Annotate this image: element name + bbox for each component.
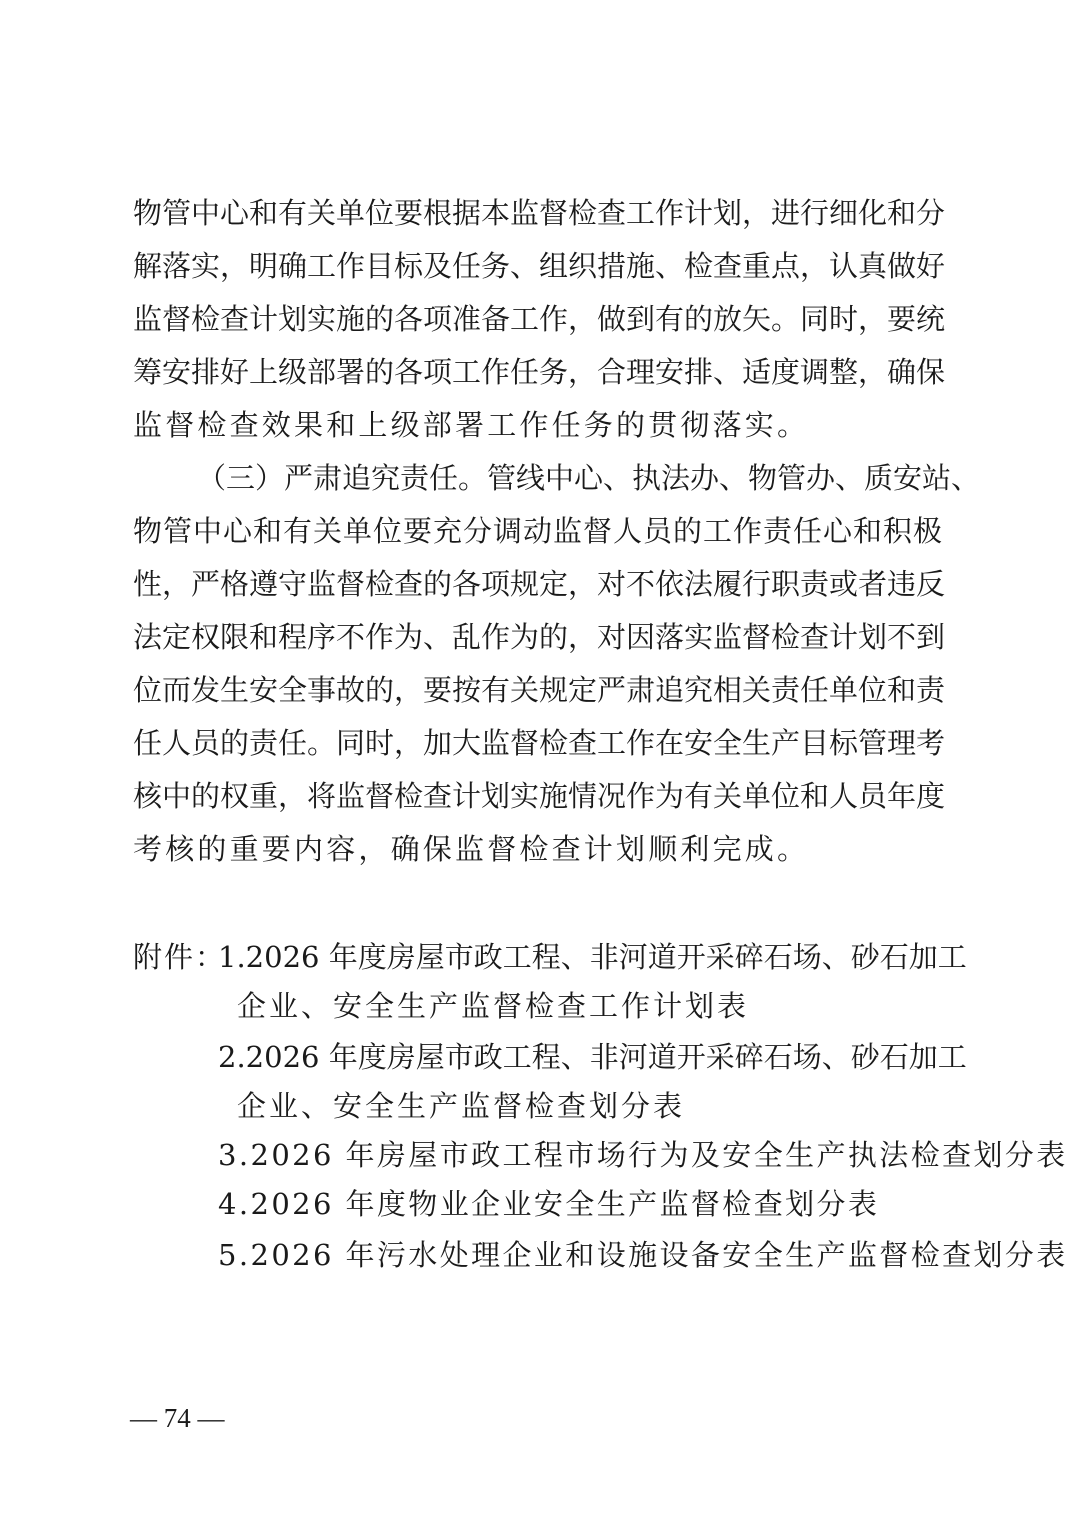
text-line: 筹安排好上级部署的各项工作任务，合理安排、适度调整，确保: [133, 352, 942, 392]
text-line: 考核的重要内容，确保监督检查计划顺利完成。: [133, 829, 942, 869]
attachment-item-2-line1: 2.2026 年度房屋市政工程、非河道开采碎石场、砂石加工: [218, 1037, 942, 1077]
attachment-item-3: 3.2026 年房屋市政工程市场行为及安全生产执法检查划分表: [218, 1135, 1068, 1175]
attachment-item-2-line2: 企业、安全生产监督检查划分表: [237, 1086, 685, 1126]
attachment-item-1-line2: 企业、安全生产监督检查工作计划表: [237, 986, 749, 1026]
text-line: 位而发生安全事故的，要按有关规定严肃追究相关责任单位和责: [133, 670, 942, 710]
attachment-item-4: 4.2026 年度物业企业安全生产监督检查划分表: [218, 1184, 879, 1224]
attachment-item-5: 5.2026 年污水处理企业和设施设备安全生产监督检查划分表: [218, 1235, 1068, 1275]
attachment-item-1-line1: 1.2026 年度房屋市政工程、非河道开采碎石场、砂石加工: [218, 937, 942, 977]
attachments-label: 附件：: [133, 937, 226, 977]
section-heading: （三）严肃追究责任。: [197, 461, 487, 495]
text-line: 监督检查计划实施的各项准备工作，做到有的放矢。同时，要统: [133, 299, 942, 339]
text-line: 监督检查效果和上级部署工作任务的贯彻落实。: [133, 405, 942, 445]
text-line: 解落实，明确工作目标及任务、组织措施、检查重点，认真做好: [133, 246, 942, 286]
page-number: — 74 —: [130, 1400, 225, 1436]
text-line: 性，严格遵守监督检查的各项规定，对不依法履行职责或者违反: [133, 564, 942, 604]
text-line: 物管中心和有关单位要根据本监督检查工作计划，进行细化和分: [133, 193, 942, 233]
text-line: 物管中心和有关单位要充分调动监督人员的工作责任心和积极: [133, 511, 942, 551]
text-line: 任人员的责任。同时，加大监督检查工作在安全生产目标管理考: [133, 723, 942, 763]
section-first-line-text: 管线中心、执法办、物管办、质安站、: [487, 461, 980, 495]
text-line: 法定权限和程序不作为、乱作为的，对因落实监督检查计划不到: [133, 617, 942, 657]
document-page: 物管中心和有关单位要根据本监督检查工作计划，进行细化和分 解落实，明确工作目标及…: [0, 0, 1074, 1520]
section-first-line: （三）严肃追究责任。管线中心、执法办、物管办、质安站、: [197, 458, 942, 498]
text-line: 核中的权重，将监督检查计划实施情况作为有关单位和人员年度: [133, 776, 942, 816]
